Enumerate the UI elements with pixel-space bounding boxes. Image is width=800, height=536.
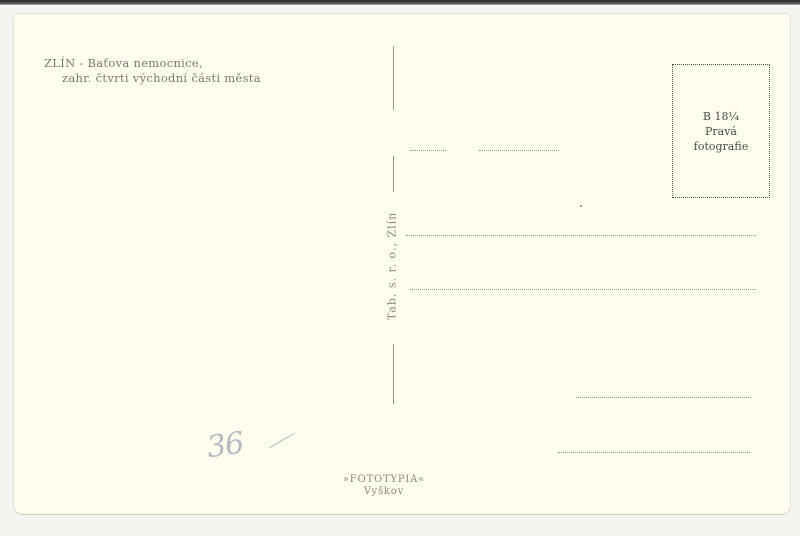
stamp-text-2: fotografie — [694, 139, 748, 154]
scan-top-edge — [0, 0, 800, 5]
address-line-1a — [410, 150, 446, 151]
pencil-note: 36 — [205, 426, 246, 466]
publisher-name: »FOTOTYPIA« — [314, 474, 454, 486]
center-divider-bottom — [393, 344, 394, 404]
caption-line-2: zahr. čtvrti východní části města — [44, 71, 261, 86]
address-line-5 — [558, 452, 750, 453]
address-line-3 — [410, 289, 755, 290]
publisher-imprint: »FOTOTYPIA« Vyškov — [314, 474, 454, 498]
postcard-back: ZLÍN - Baťova nemocnice, zahr. čtvrti vý… — [14, 14, 790, 514]
center-divider-mid — [393, 156, 394, 192]
stamp-number: B 18¼ — [703, 109, 739, 124]
postcard-caption: ZLÍN - Baťova nemocnice, zahr. čtvrti vý… — [44, 56, 261, 86]
printer-imprint: Tab. s. r. o., Zlín — [386, 212, 399, 320]
center-divider-top — [393, 46, 394, 110]
address-line-2 — [406, 235, 756, 236]
ink-dot — [580, 205, 582, 207]
caption-line-1: ZLÍN - Baťova nemocnice, — [44, 56, 261, 71]
address-line-1b — [479, 150, 559, 151]
address-line-4 — [576, 397, 751, 398]
stamp-box: B 18¼ Pravá fotografie — [672, 64, 770, 198]
publisher-location: Vyškov — [314, 486, 454, 498]
stamp-text-1: Pravá — [705, 124, 737, 139]
